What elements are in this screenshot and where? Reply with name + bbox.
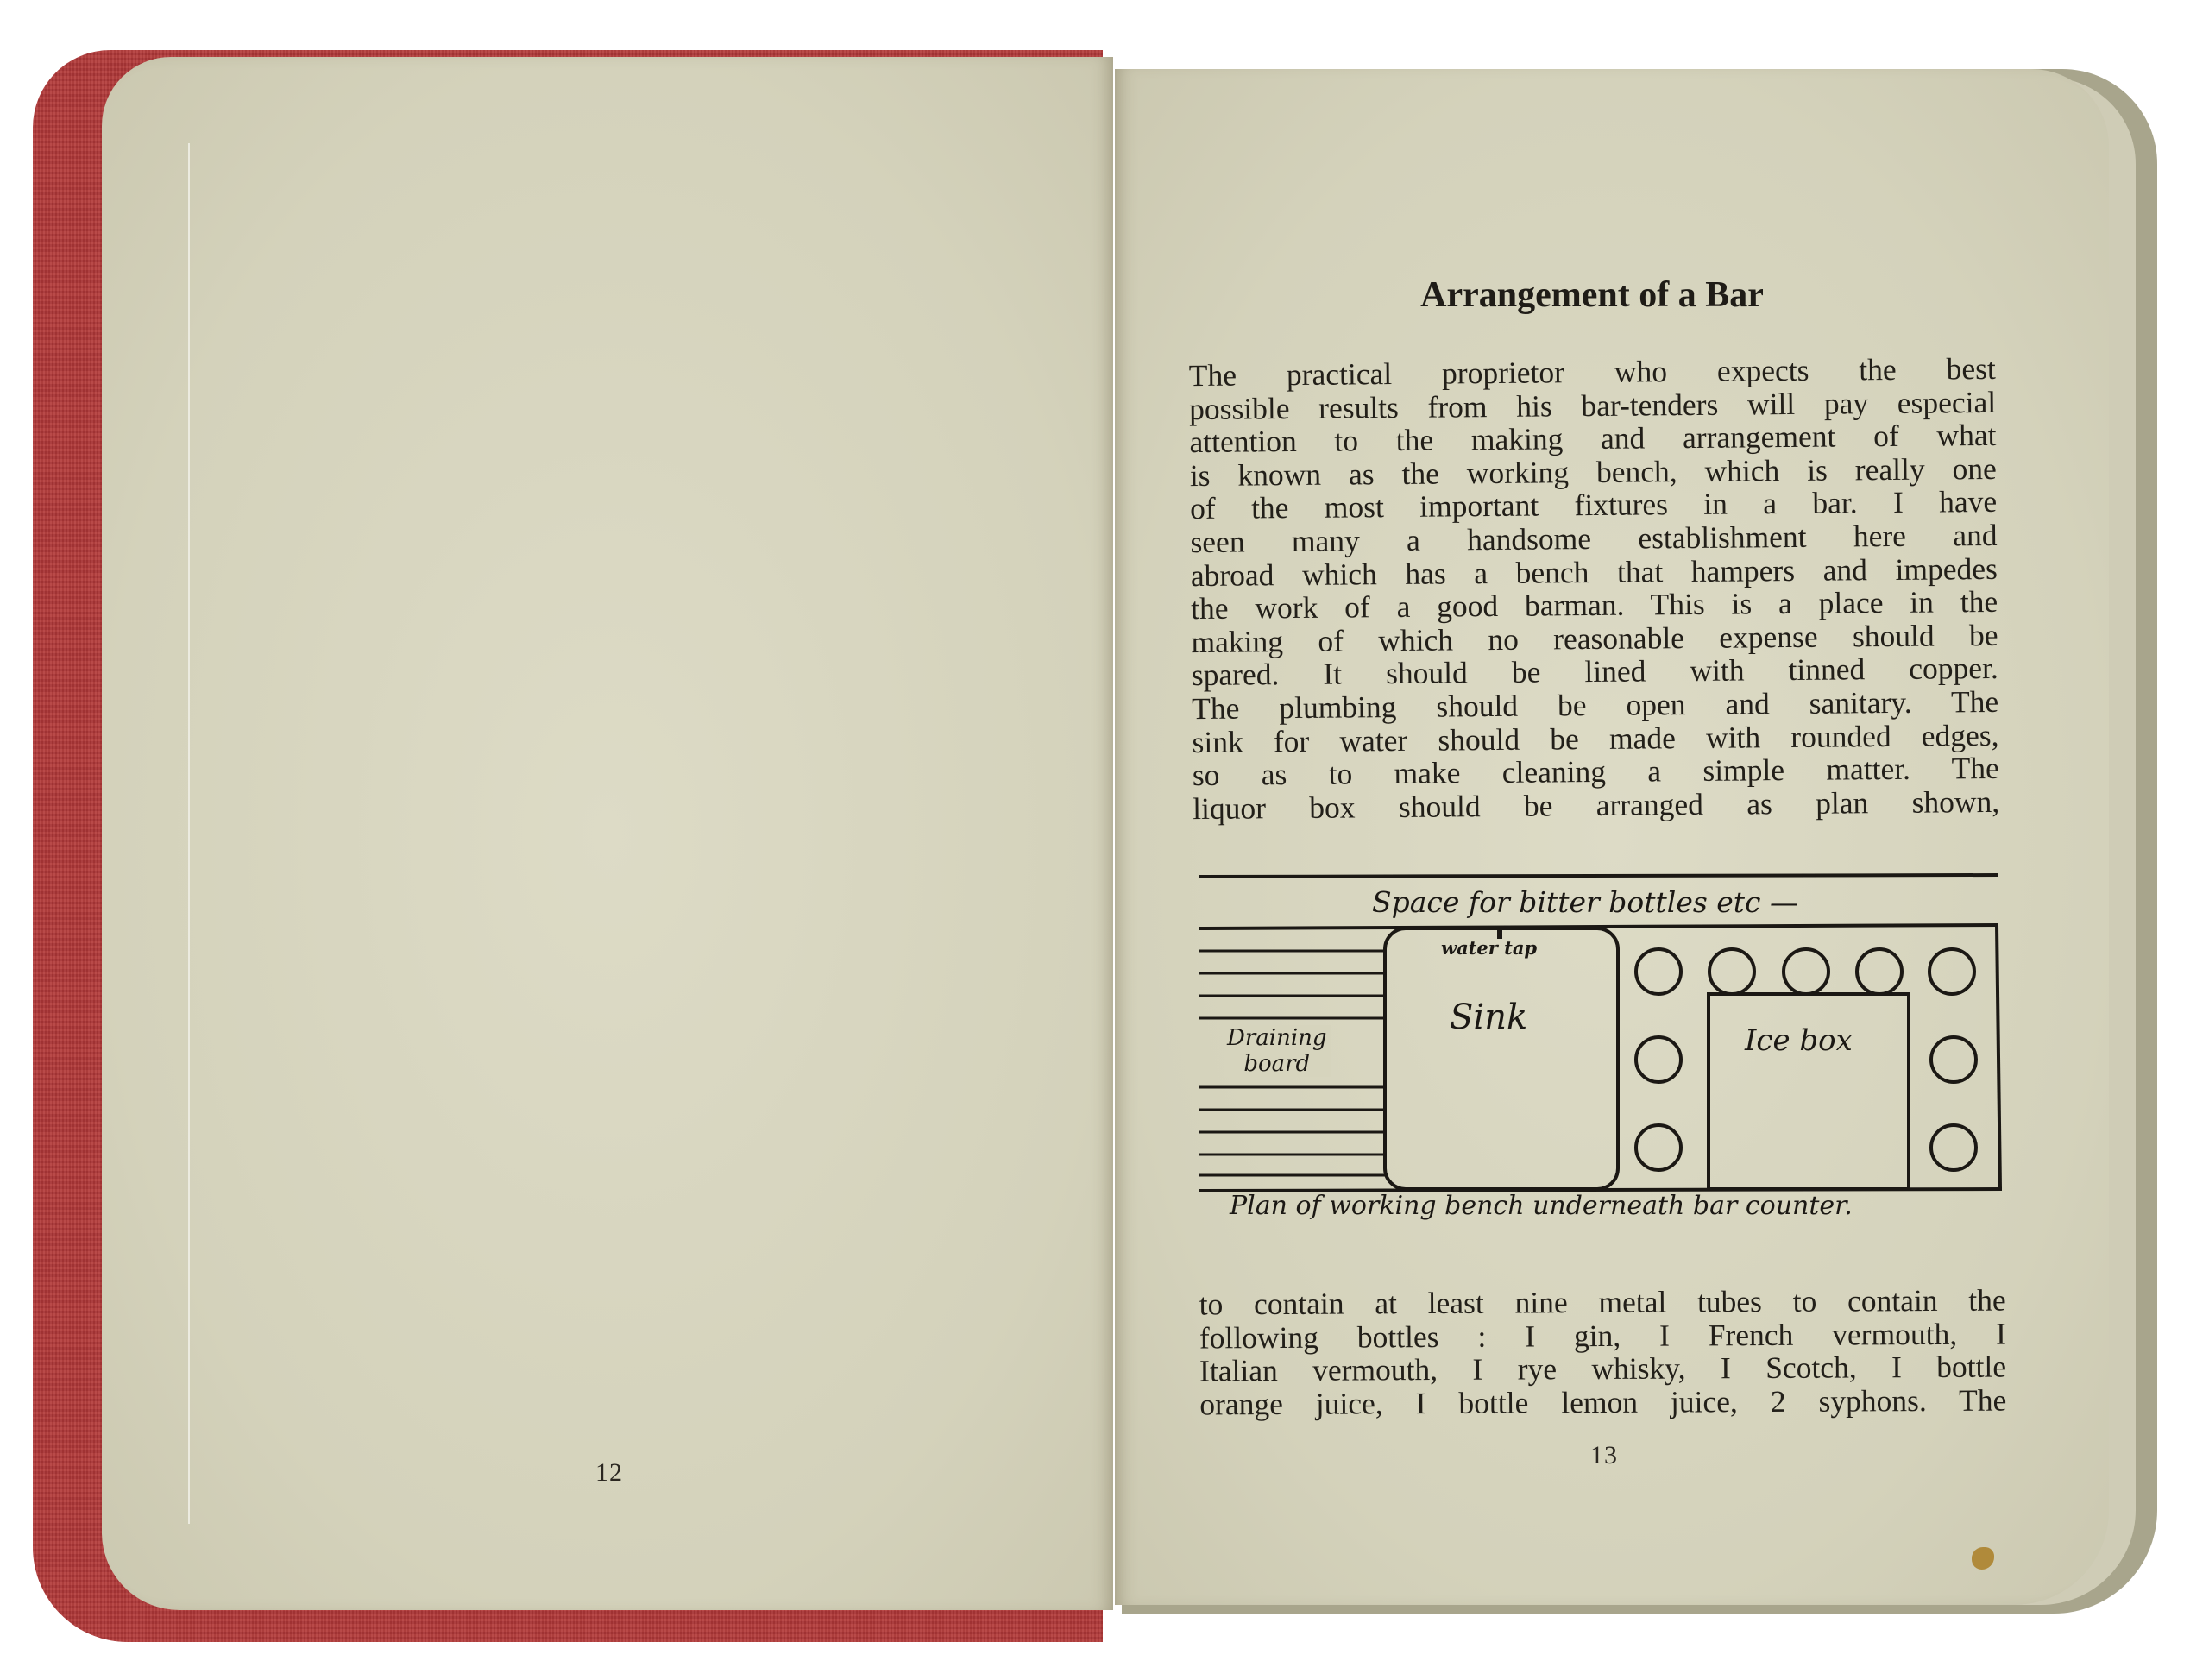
- diagram-caption: Plan of working bench underneath bar cou…: [1230, 1191, 1853, 1221]
- text-line: liquor box should be arranged as plan sh…: [1193, 785, 1999, 826]
- left-page-number: 12: [595, 1458, 623, 1488]
- sink-label: Sink: [1450, 997, 1527, 1037]
- right-page-number: 13: [1590, 1441, 1618, 1470]
- text-line: to contain at least nine metal tubes to …: [1199, 1284, 2006, 1321]
- open-book: 12 Arrangement of a Bar The practical pr…: [0, 0, 2209, 1680]
- bitter-bottles-label: Space for bitter bottles etc —: [1372, 885, 1798, 919]
- draining-board-label: Draining board: [1224, 1025, 1331, 1077]
- bench-plan-diagram: Space for bitter bottles etc — water tap…: [1199, 871, 2002, 1234]
- draining-label-line1: Draining: [1227, 1025, 1327, 1051]
- text-line: following bottles : I gin, I French verm…: [1199, 1317, 2006, 1354]
- paragraph-top: The practical proprietor who expects the…: [1189, 352, 2000, 825]
- text-line: orange juice, I bottle lemon juice, 2 sy…: [1199, 1383, 2006, 1420]
- page-title: Arrangement of a Bar: [1191, 274, 1993, 316]
- paragraph-bottom: to contain at least nine metal tubes to …: [1199, 1284, 2007, 1421]
- text-line: Italian vermouth, I rye whisky, I Scotch…: [1199, 1350, 2006, 1387]
- left-page: [102, 57, 1113, 1610]
- endpaper-fold: [188, 143, 216, 1524]
- draining-label-line2: board: [1227, 1051, 1327, 1077]
- water-tap-label: water tap: [1441, 937, 1537, 959]
- ice-box-label: Ice box: [1745, 1023, 1853, 1058]
